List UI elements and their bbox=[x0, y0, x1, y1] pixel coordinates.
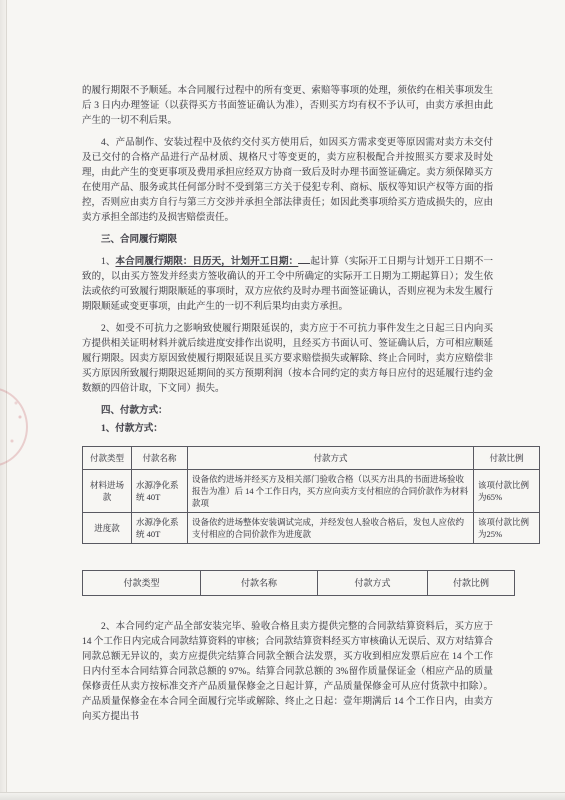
empty-payment-table: 付款类型 付款名称 付款方式 付款比例 bbox=[82, 570, 515, 596]
section-3-clause-1: 1、本合同履行期限：日历天，计划开工日期：起计算（实际开工日期与计划开工日期不一… bbox=[82, 254, 493, 315]
clause-4-paragraph: 4、产品制作、安装过程中及依约交付买方使用后，如因买方需求变更等原因需对卖方未交… bbox=[82, 136, 493, 226]
section-3-clause-2: 2、如受不可抗力之影响致使履行期限延误的，卖方应于不可抗力事件发生之日起三日内向… bbox=[82, 322, 493, 397]
payment-table-row-material: 材料进场款 水源净化系统 40T 设备依约进场并经买方及相关部门验收合格（以买方… bbox=[83, 470, 540, 513]
section-4-heading: 四、付款方式： bbox=[82, 404, 493, 419]
clause-1-underlined-fill-in: 本合同履行期限：日历天，计划开工日期： bbox=[116, 257, 299, 267]
cell-payment-method: 设备依约进场整体安装调试完成，并经发包人验收合格后，发包人应依约支付相应的合同价… bbox=[188, 513, 474, 544]
continuation-paragraph: 的履行期限不予顺延。本合同履行过程中的所有变更、索赔等事项的处理，须依约在相关事… bbox=[82, 84, 493, 129]
settlement-clause-paragraph: 2、本合同约定产品全部安装完毕、验收合格且卖方提供完整的合同款结算资料后，买方应… bbox=[82, 620, 493, 725]
empty-payment-table-header-row: 付款类型 付款名称 付款方式 付款比例 bbox=[83, 571, 515, 596]
payment-table-row-progress: 进度款 水源净化系统 40T 设备依约进场整体安装调试完成，并经发包人验收合格后… bbox=[83, 513, 540, 544]
cell-payment-ratio: 该项付款比例为65% bbox=[474, 470, 540, 513]
section-3-heading: 三、合同履行期限 bbox=[82, 233, 493, 248]
header-cell-payment-type: 付款类型 bbox=[83, 571, 201, 596]
cell-payment-method: 设备依约进场并经买方及相关部门验收合格（以买方出具的书面进场验收报告为准）后 1… bbox=[188, 470, 474, 513]
header-cell-payment-type: 付款类型 bbox=[83, 447, 132, 470]
red-seal-stamp bbox=[0, 387, 28, 467]
section-4-subheading: 1、付款方式： bbox=[82, 422, 493, 437]
header-cell-payment-ratio: 付款比例 bbox=[474, 447, 540, 470]
header-cell-payment-name: 付款名称 bbox=[201, 571, 318, 596]
header-cell-payment-method: 付款方式 bbox=[318, 571, 428, 596]
payment-table: 付款类型 付款名称 付款方式 付款比例 材料进场款 水源净化系统 40T 设备依… bbox=[82, 446, 540, 544]
cell-payment-type: 进度款 bbox=[83, 513, 132, 544]
header-cell-payment-ratio: 付款比例 bbox=[428, 571, 515, 596]
cell-payment-ratio: 该项付款比例为25% bbox=[474, 513, 540, 544]
clause-1-number: 1、 bbox=[101, 257, 116, 267]
header-cell-payment-name: 付款名称 bbox=[132, 447, 188, 470]
header-cell-payment-method: 付款方式 bbox=[188, 447, 474, 470]
document-page: 的履行期限不予顺延。本合同履行过程中的所有变更、索赔等事项的处理，须依约在相关事… bbox=[0, 0, 565, 800]
cell-payment-name: 水源净化系统 40T bbox=[132, 470, 188, 513]
payment-table-header-row: 付款类型 付款名称 付款方式 付款比例 bbox=[83, 447, 540, 470]
fill-in-blank bbox=[298, 254, 310, 264]
document-content: 的履行期限不予顺延。本合同履行过程中的所有变更、索赔等事项的处理，须依约在相关事… bbox=[82, 84, 493, 732]
cell-payment-name: 水源净化系统 40T bbox=[132, 513, 188, 544]
cell-payment-type: 材料进场款 bbox=[83, 470, 132, 513]
